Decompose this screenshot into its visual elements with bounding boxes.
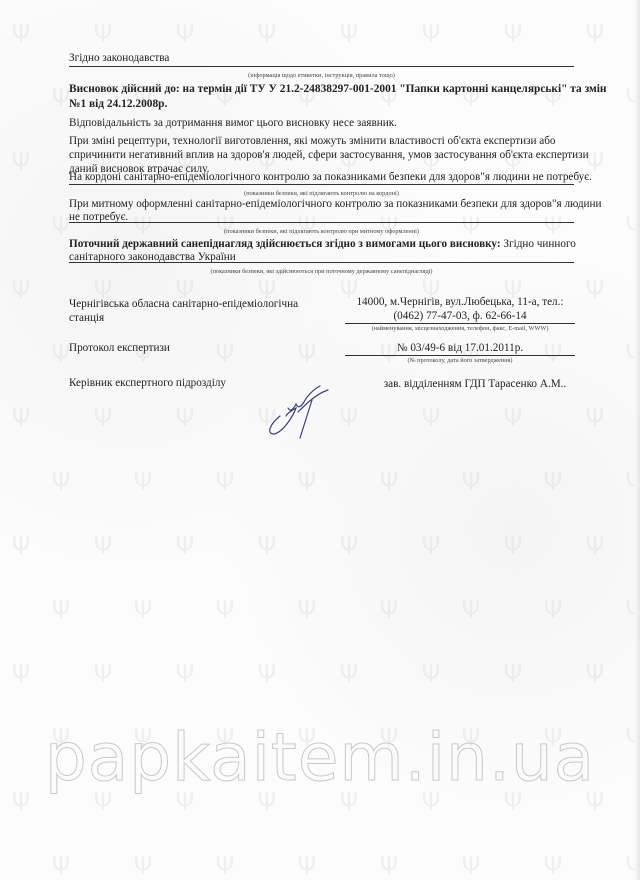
trident-icon: Ψ bbox=[174, 660, 196, 688]
trident-icon: Ψ bbox=[338, 532, 360, 560]
trident-icon: Ψ bbox=[542, 468, 564, 496]
trident-icon: Ψ bbox=[502, 660, 524, 688]
trident-icon: Ψ bbox=[296, 852, 318, 880]
protocol-label: Протокол експертизи bbox=[69, 342, 170, 354]
legislation-rule bbox=[69, 66, 574, 67]
border-control-rule bbox=[69, 184, 574, 185]
trident-icon: Ψ bbox=[378, 468, 400, 496]
trident-icon: Ψ bbox=[50, 468, 72, 496]
trident-icon: Ψ bbox=[256, 660, 278, 688]
trident-icon: Ψ bbox=[50, 596, 72, 624]
trident-icon: Ψ bbox=[420, 660, 442, 688]
trident-icon: Ψ bbox=[338, 660, 360, 688]
head-label: Керівник експертного підрозділу bbox=[69, 377, 226, 389]
supervision-rule bbox=[69, 262, 574, 263]
trident-icon: Ψ bbox=[174, 532, 196, 560]
address-caption: (найменування, місцезнаходження, телефон… bbox=[345, 325, 575, 332]
trident-icon: Ψ bbox=[338, 404, 360, 432]
address-rule bbox=[345, 323, 575, 324]
protocol-rule bbox=[345, 355, 575, 356]
protocol-caption: (№ протоколу, дата його затвердження) bbox=[345, 357, 575, 364]
trident-icon: Ψ bbox=[132, 596, 154, 624]
trident-icon: Ψ bbox=[214, 340, 236, 368]
station-line-2: станція bbox=[69, 311, 104, 326]
trident-icon: Ψ bbox=[10, 148, 32, 176]
recipe-change-line-2: спричинити негативний вплив на здоров'я … bbox=[69, 148, 589, 163]
trident-icon: Ψ bbox=[10, 660, 32, 688]
recipe-change-line-1: При зміні рецептури, технології виготовл… bbox=[69, 134, 556, 149]
trident-icon: Ψ bbox=[296, 340, 318, 368]
trident-icon: Ψ bbox=[92, 20, 114, 48]
site-watermark: papkaitem.in.ua bbox=[0, 718, 640, 798]
trident-icon: Ψ bbox=[174, 404, 196, 432]
trident-icon: Ψ bbox=[132, 468, 154, 496]
trident-icon: Ψ bbox=[256, 20, 278, 48]
trident-icon: Ψ bbox=[502, 20, 524, 48]
trident-icon: Ψ bbox=[502, 404, 524, 432]
trident-icon: Ψ bbox=[10, 276, 32, 304]
trident-icon: Ψ bbox=[256, 532, 278, 560]
supervision-bold: Поточний державний санепіднагляд здійсню… bbox=[69, 238, 501, 250]
trident-icon: Ψ bbox=[420, 532, 442, 560]
trident-icon: Ψ bbox=[584, 532, 606, 560]
document-page: ΨΨΨΨΨΨΨΨΨΨΨΨΨΨΨΨΨΨΨΨΨΨΨΨΨΨΨΨΨΨΨΨΨΨΨΨΨΨΨΨ… bbox=[0, 0, 640, 880]
trident-icon: Ψ bbox=[378, 596, 400, 624]
trident-icon: Ψ bbox=[460, 596, 482, 624]
trident-icon: Ψ bbox=[174, 20, 196, 48]
trident-icon: Ψ bbox=[10, 404, 32, 432]
trident-icon: Ψ bbox=[584, 660, 606, 688]
protocol-value: № 03/49-6 від 17.01.2011р. bbox=[345, 341, 575, 356]
customs-line-1: При митному оформленні санітарно-епідемі… bbox=[69, 197, 602, 212]
trident-icon: Ψ bbox=[542, 596, 564, 624]
trident-icon: Ψ bbox=[460, 468, 482, 496]
trident-icon: Ψ bbox=[420, 20, 442, 48]
legislation-label: Згідно законодавства bbox=[69, 51, 169, 66]
trident-icon: Ψ bbox=[542, 852, 564, 880]
trident-icon: Ψ bbox=[338, 20, 360, 48]
trident-icon: Ψ bbox=[92, 404, 114, 432]
head-value: зав. відділенням ГДП Тарасенко А.М.. bbox=[360, 377, 590, 392]
trident-icon: Ψ bbox=[584, 276, 606, 304]
trident-icon: Ψ bbox=[460, 852, 482, 880]
trident-icon: Ψ bbox=[10, 532, 32, 560]
supervision-rest: Згідно чинного bbox=[501, 238, 576, 250]
address-line-2: (0462) 77-47-03, ф. 62-66-14 bbox=[345, 309, 575, 324]
trident-icon: Ψ bbox=[214, 596, 236, 624]
legislation-caption: (інформація щодо етикетки, інструкція, п… bbox=[69, 68, 574, 83]
trident-icon: Ψ bbox=[92, 532, 114, 560]
signature-icon bbox=[260, 368, 340, 448]
trident-icon: Ψ bbox=[10, 20, 32, 48]
trident-icon: Ψ bbox=[92, 660, 114, 688]
trident-icon: Ψ bbox=[420, 404, 442, 432]
validity-line-1: Висновок дійсний до: на термін дії ТУ У … bbox=[69, 82, 606, 97]
validity-line-2: №1 від 24.12.2008р. bbox=[69, 97, 167, 112]
address-line-1: 14000, м.Чернігів, вул.Любецька, 11-а, т… bbox=[345, 295, 575, 310]
trident-icon: Ψ bbox=[214, 852, 236, 880]
trident-icon: Ψ bbox=[502, 532, 524, 560]
customs-rule bbox=[69, 222, 574, 223]
supervision-caption: (показники безпеки, які здійснюються при… bbox=[69, 264, 574, 279]
border-control-text: На кордоні санітарно-епідеміологічного к… bbox=[69, 170, 592, 185]
trident-icon: Ψ bbox=[378, 852, 400, 880]
station-line-1: Чернігівська обласна санітарно-епідеміол… bbox=[69, 297, 298, 312]
trident-icon: Ψ bbox=[214, 468, 236, 496]
trident-icon: Ψ bbox=[296, 468, 318, 496]
trident-icon: Ψ bbox=[584, 20, 606, 48]
trident-icon: Ψ bbox=[296, 596, 318, 624]
trident-icon: Ψ bbox=[50, 852, 72, 880]
responsibility-text: Відповідальність за дотримання вимог цьо… bbox=[69, 116, 397, 131]
trident-icon: Ψ bbox=[132, 852, 154, 880]
trident-icon: Ψ bbox=[584, 404, 606, 432]
